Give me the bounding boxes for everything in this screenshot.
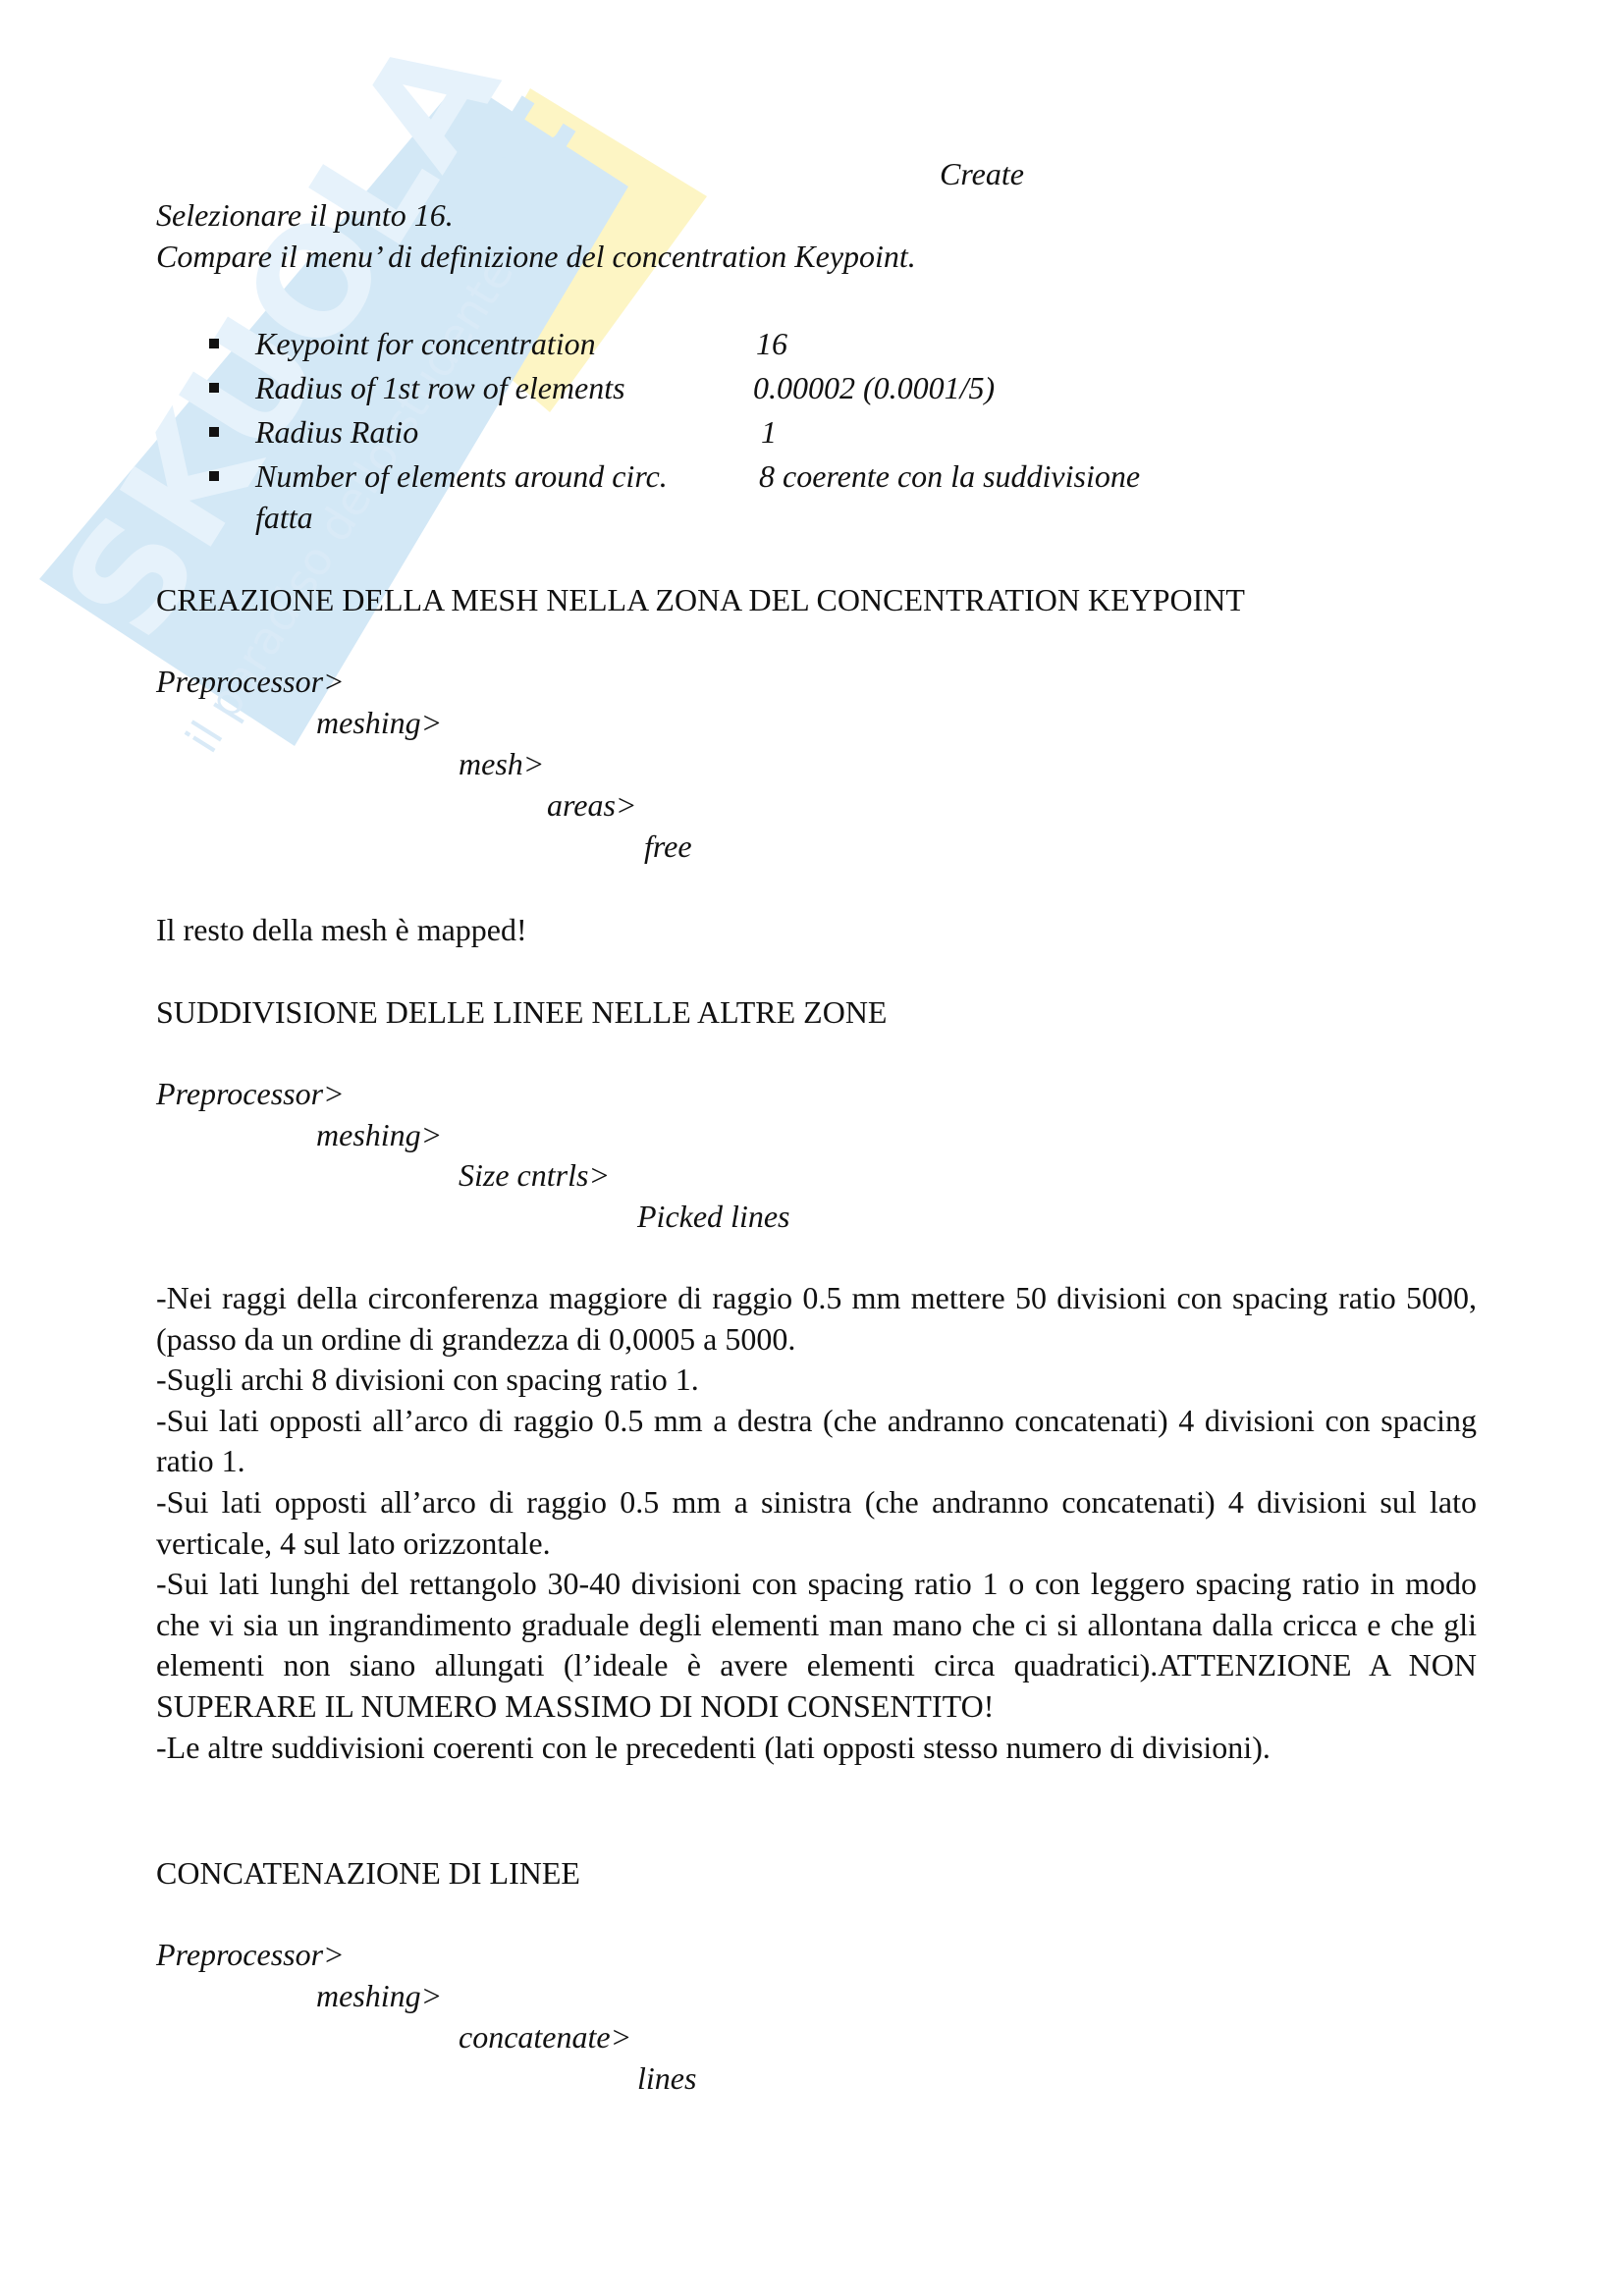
menu-path-create: Create: [940, 153, 1024, 194]
mesh-mapped-note: Il resto della mesh è mapped!: [156, 909, 527, 950]
param-value: 8 coerente con la suddivisione: [759, 455, 1140, 497]
subdivision-instructions: -Nei raggi della circonferenza maggiore …: [156, 1278, 1477, 1768]
param-label: Radius of 1st row of elements: [255, 367, 625, 408]
param-value: 1: [761, 411, 777, 453]
square-bullet-icon: [209, 427, 219, 437]
menu-path-step: Preprocessor>: [156, 661, 345, 702]
square-bullet-icon: [209, 471, 219, 481]
section-heading-subdivision: SUDDIVISIONE DELLE LINEE NELLE ALTRE ZON…: [156, 991, 887, 1033]
select-point-text: Selezionare il punto 16.: [156, 194, 454, 236]
menu-path-step: lines: [637, 2057, 696, 2099]
param-value: 16: [756, 323, 787, 364]
instruction-paragraph: -Le altre suddivisioni coerenti con le p…: [156, 1728, 1477, 1769]
param-value-continuation: fatta: [255, 497, 313, 538]
param-label: Number of elements around circ.: [255, 455, 668, 497]
menu-path-step: concatenate>: [459, 2016, 631, 2057]
menu-path-step: meshing>: [316, 702, 442, 743]
instruction-paragraph: -Nei raggi della circonferenza maggiore …: [156, 1278, 1477, 1360]
menu-path-step: Preprocessor>: [156, 1073, 345, 1114]
menu-path-step: areas>: [547, 784, 637, 826]
menu-path-step: meshing>: [316, 1114, 442, 1155]
instruction-paragraph: -Sui lati opposti all’arco di raggio 0.5…: [156, 1482, 1477, 1564]
instruction-paragraph: -Sugli archi 8 divisioni con spacing rat…: [156, 1360, 1477, 1401]
document-page: Create Selezionare il punto 16. Compare …: [0, 0, 1623, 2296]
instruction-paragraph: -Sui lati lunghi del rettangolo 30-40 di…: [156, 1564, 1477, 1727]
square-bullet-icon: [209, 383, 219, 393]
instruction-paragraph: -Sui lati opposti all’arco di raggio 0.5…: [156, 1401, 1477, 1482]
menu-path-step: Picked lines: [637, 1196, 789, 1237]
menu-path-step: mesh>: [459, 743, 544, 784]
param-label: Radius Ratio: [255, 411, 418, 453]
section-heading-mesh: CREAZIONE DELLA MESH NELLA ZONA DEL CONC…: [156, 579, 1245, 620]
menu-path-step: Preprocessor>: [156, 1934, 345, 1975]
square-bullet-icon: [209, 339, 219, 348]
param-label: Keypoint for concentration: [255, 323, 596, 364]
param-value: 0.00002 (0.0001/5): [753, 367, 995, 408]
menu-appears-text: Compare il menu’ di definizione del conc…: [156, 236, 916, 277]
menu-path-step: meshing>: [316, 1975, 442, 2016]
menu-path-step: free: [644, 826, 692, 867]
menu-path-step: Size cntrls>: [459, 1154, 610, 1196]
section-heading-concatenation: CONCATENAZIONE DI LINEE: [156, 1852, 580, 1894]
